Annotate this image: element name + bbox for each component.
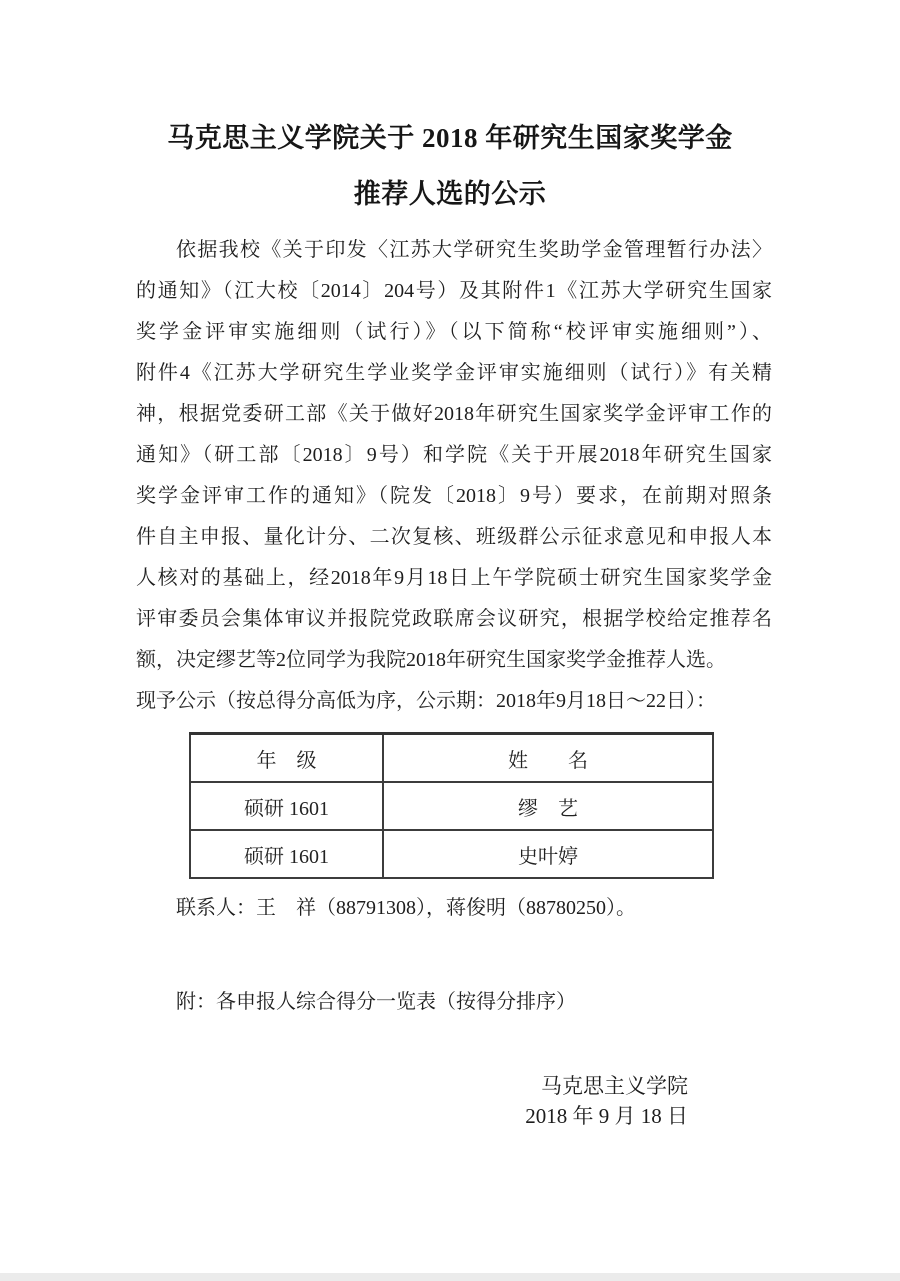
document-page: 马克思主义学院关于 2018 年研究生国家奖学金 推荐人选的公示 依据我校《关于…	[0, 0, 900, 1281]
paragraph-line: 评审委员会集体审议并报院党政联席会议研究，根据学校给定推荐名	[136, 599, 772, 640]
signature-org: 马克思主义学院	[0, 1071, 688, 1101]
paragraph-line: 人核对的基础上，经2018年9月18日上午学院硕士研究生国家奖学金	[136, 558, 772, 599]
doc-title-line-2: 推荐人选的公示	[0, 166, 900, 222]
name-cell: 史叶婷	[383, 830, 713, 878]
paragraph-line: 件自主申报、量化计分、二次复核、班级群公示征求意见和申报人本	[136, 517, 772, 558]
signature-block: 马克思主义学院 2018 年 9 月 18 日	[0, 1071, 900, 1131]
paragraph-line: 现予公示（按总得分高低为序，公示期：2018年9月18日～22日）：	[136, 681, 772, 722]
paragraph-line: 奖学金评审工作的通知》（院发〔2018〕9号）要求，在前期对照条	[136, 476, 772, 517]
paragraph-line: 附件4《江苏大学研究生学业奖学金评审实施细则（试行）》有关精	[136, 353, 772, 394]
col-header-grade: 年 级	[190, 734, 383, 783]
horizontal-scrollbar-track[interactable]	[0, 1273, 900, 1281]
contact-line: 联系人：王 祥（88791308），蒋俊明（88780250）。	[176, 893, 900, 923]
page-title: 马克思主义学院关于 2018 年研究生国家奖学金 推荐人选的公示	[0, 110, 900, 222]
table-row: 硕研 1601 缪 艺	[190, 782, 713, 830]
paragraph-line: 通知》（研工部〔2018〕9号）和学院《关于开展2018年研究生国家	[136, 435, 772, 476]
paragraph-line: 神，根据党委研工部《关于做好2018年研究生国家奖学金评审工作的	[136, 394, 772, 435]
attachment-note: 附：各申报人综合得分一览表（按得分排序）	[176, 987, 900, 1017]
name-cell: 缪 艺	[383, 782, 713, 830]
recommendation-table: 年 级 姓 名 硕研 1601 缪 艺 硕研 1601 史叶婷	[189, 732, 714, 879]
table-header-row: 年 级 姓 名	[190, 734, 713, 783]
paragraph-line: 奖学金评审实施细则（试行）》（以下简称“校评审实施细则”）、	[136, 312, 772, 353]
paragraph-line: 依据我校《关于印发〈江苏大学研究生奖助学金管理暂行办法〉	[136, 230, 772, 271]
paragraph-line: 额，决定缪艺等2位同学为我院2018年研究生国家奖学金推荐人选。	[136, 640, 772, 681]
table-row: 硕研 1601 史叶婷	[190, 830, 713, 878]
col-header-name: 姓 名	[383, 734, 713, 783]
paragraph-line: 的通知》（江大校〔2014〕204号）及其附件1《江苏大学研究生国家	[136, 271, 772, 312]
signature-date: 2018 年 9 月 18 日	[0, 1101, 688, 1131]
grade-cell: 硕研 1601	[190, 830, 383, 878]
body-paragraph: 依据我校《关于印发〈江苏大学研究生奖助学金管理暂行办法〉 的通知》（江大校〔20…	[136, 230, 772, 722]
doc-title-line-1: 马克思主义学院关于 2018 年研究生国家奖学金	[0, 110, 900, 166]
grade-cell: 硕研 1601	[190, 782, 383, 830]
